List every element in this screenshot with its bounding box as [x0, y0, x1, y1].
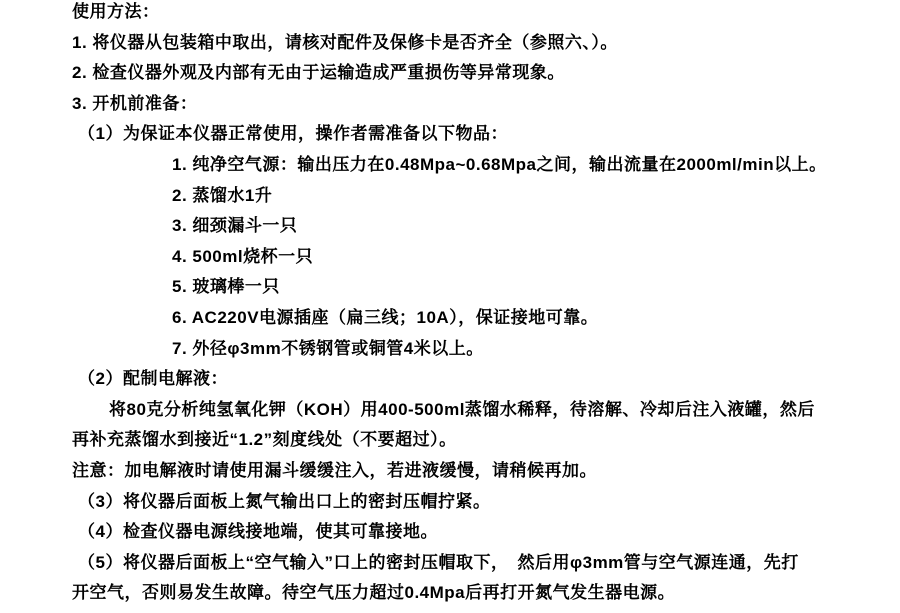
section-title: 使用方法： — [72, 0, 890, 28]
substep-5-line-1: （5）将仪器后面板上“空气输入”口上的密封压帽取下， 然后用φ3mm管与空气源连… — [72, 548, 890, 579]
usage-instructions-document: 使用方法：1. 将仪器从包装箱中取出，请核对配件及保修卡是否齐全（参照六、）。2… — [0, 0, 900, 609]
item-5: 5. 玻璃棒一只 — [72, 272, 890, 303]
substep-1-heading: （1）为保证本仪器正常使用，操作者需准备以下物品： — [72, 119, 890, 150]
substep-3: （3）将仪器后面板上氮气输出口上的密封压帽拧紧。 — [72, 487, 890, 518]
item-6: 6. AC220V电源插座（扁三线；10A），保证接地可靠。 — [72, 303, 890, 334]
substep-5-line-2: 开空气，否则易发生故障。待空气压力超过0.4Mpa后再打开氮气发生器电源。 — [72, 578, 890, 609]
substep-2-body-2: 再补充蒸馏水到接近“1.2”刻度线处（不要超过）。 — [72, 425, 890, 456]
substep-4: （4）检查仪器电源线接地端，使其可靠接地。 — [72, 517, 890, 548]
substep-2-body-1: 将80克分析纯氢氧化钾（KOH）用400-500ml蒸馏水稀释，待溶解、冷却后注… — [72, 395, 890, 426]
item-3: 3. 细颈漏斗一只 — [72, 211, 890, 242]
item-1: 1. 纯净空气源：输出压力在0.48Mpa~0.68Mpa之间，输出流量在200… — [72, 150, 890, 181]
step-3: 3. 开机前准备： — [72, 89, 890, 120]
item-7: 7. 外径φ3mm不锈钢管或铜管4米以上。 — [72, 334, 890, 365]
substep-2-heading: （2）配制电解液： — [72, 364, 890, 395]
item-2: 2. 蒸馏水1升 — [72, 181, 890, 212]
item-4: 4. 500ml烧杯一只 — [72, 242, 890, 273]
step-2: 2. 检查仪器外观及内部有无由于运输造成严重损伤等异常现象。 — [72, 58, 890, 89]
note-line: 注意：加电解液时请使用漏斗缓缓注入，若进液缓慢，请稍候再加。 — [72, 456, 890, 487]
step-1: 1. 将仪器从包装箱中取出，请核对配件及保修卡是否齐全（参照六、）。 — [72, 28, 890, 59]
